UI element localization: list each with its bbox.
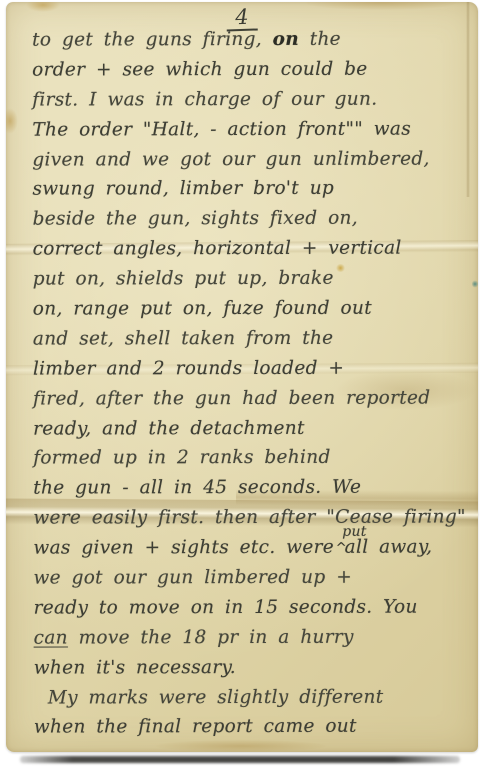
- handwritten-line: to get the guns firing, on the: [32, 28, 467, 59]
- paper-stain: [472, 280, 478, 288]
- handwritten-line: we got our gun limbered up +: [33, 566, 468, 597]
- handwritten-line: put on, shields put up, brake: [33, 268, 468, 299]
- paper-stain: [26, 2, 60, 12]
- paper-stain: [306, 2, 456, 10]
- handwritten-line: the gun - all in 45 seconds. We: [33, 477, 468, 508]
- paper-stain: [6, 108, 18, 134]
- handwritten-line: swung round, limber bro't up: [32, 178, 467, 209]
- handwritten-line: formed up in 2 ranks behind: [33, 447, 468, 478]
- handwritten-line: order + see which gun could be: [32, 58, 467, 89]
- handwritten-line: fired, after the gun had been reported: [33, 387, 468, 418]
- inserted-word: put: [342, 524, 367, 540]
- handwriting-lines: to get the guns firing, on theorder + se…: [32, 28, 469, 747]
- scanned-page-canvas: 4 to get the guns firing, on theorder + …: [0, 0, 488, 772]
- page-number: 4: [226, 4, 258, 31]
- handwritten-line: when it's necessary.: [34, 656, 469, 687]
- handwritten-line: was given + sights etc. were all away,pu…: [33, 537, 468, 568]
- handwritten-line: correct angles, horizontal + vertical: [33, 238, 468, 269]
- handwritten-line: The order "Halt, - action front"" was: [32, 118, 467, 149]
- handwritten-line: My marks were slightly different: [34, 686, 469, 717]
- page-bottom-shadow: [20, 756, 460, 763]
- handwritten-line: when the final report came out: [34, 716, 469, 747]
- handwritten-line: first. I was in charge of our gun.: [32, 88, 467, 119]
- paper-sheet: 4 to get the guns firing, on theorder + …: [6, 2, 478, 752]
- handwritten-line: can move the 18 pr in a hurry: [34, 626, 469, 657]
- handwritten-line: ready, and the detachment: [33, 417, 468, 448]
- handwritten-line: on, range put on, fuze found out: [33, 297, 468, 328]
- handwritten-line: beside the gun, sights fixed on,: [33, 208, 468, 239]
- handwritten-line: were easily first. then after "Cease fir…: [33, 507, 468, 538]
- handwritten-line: ready to move on in 15 seconds. You: [34, 596, 469, 627]
- handwritten-line: limber and 2 rounds loaded +: [33, 357, 468, 388]
- caret-mark: ^: [336, 541, 347, 556]
- handwritten-line: and set, shell taken from the: [33, 327, 468, 358]
- handwritten-line: given and we got our gun unlimbered,: [32, 148, 467, 179]
